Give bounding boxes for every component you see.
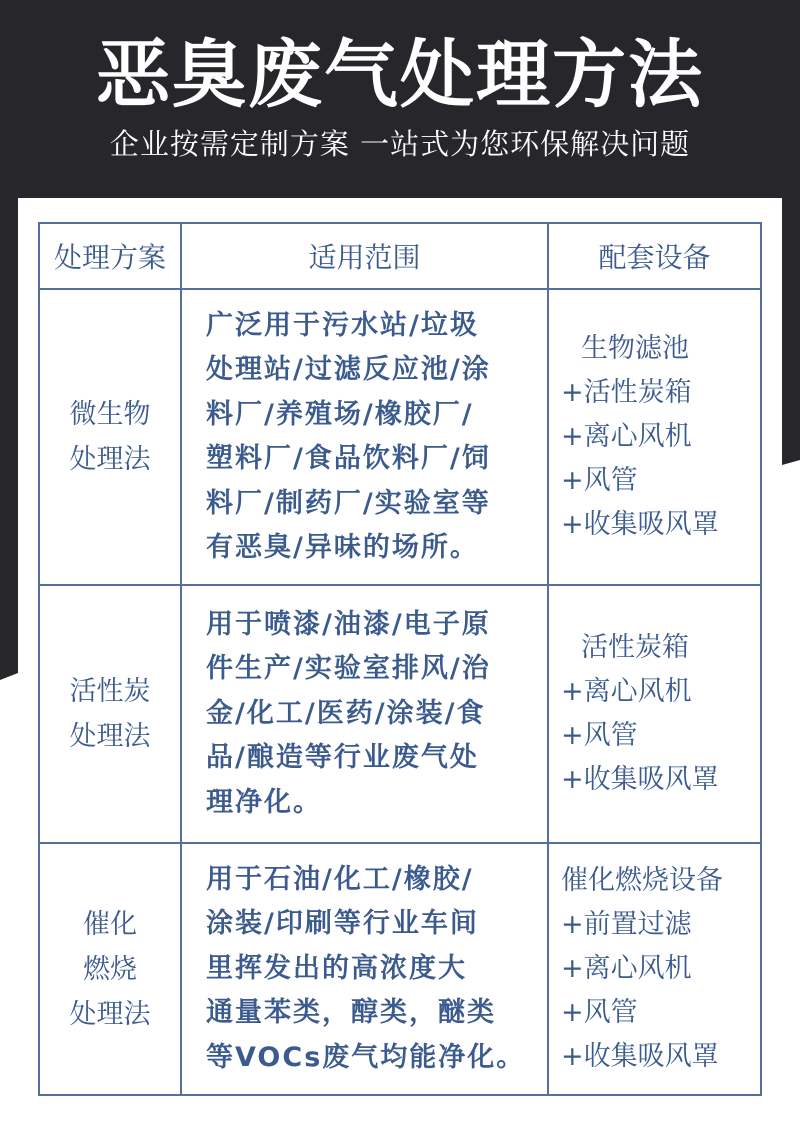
scope-line: 通量苯类，醇类，醚类 xyxy=(206,991,533,1036)
scope-line: 涂装/印刷等行业车间 xyxy=(206,902,533,947)
header-equipment: 配套设备 xyxy=(548,223,761,289)
method-line: 处理法 xyxy=(40,714,180,759)
scope-line: 等VOCs废气均能净化。 xyxy=(206,1036,533,1081)
scope-line: 件生产/实验室排风/治 xyxy=(206,647,533,692)
treatment-methods-table: 处理方案 适用范围 配套设备 微生物 处理法 广泛用于污水站/垃圾 处理站/过滤… xyxy=(38,222,762,1096)
equipment-line: 生物滤池 xyxy=(561,327,760,371)
scope-cell: 用于石油/化工/橡胶/ 涂装/印刷等行业车间 里挥发出的高浓度大 通量苯类，醇类… xyxy=(181,843,548,1095)
equipment-line: +风管 xyxy=(561,714,760,758)
equipment-line: +收集吸风罩 xyxy=(561,758,760,802)
equipment-line: +离心风机 xyxy=(561,947,760,991)
scope-cell: 广泛用于污水站/垃圾 处理站/过滤反应池/涂 料厂/养殖场/橡胶厂/ 塑料厂/食… xyxy=(181,289,548,585)
scope-line: 料厂/养殖场/橡胶厂/ xyxy=(206,393,533,438)
equipment-line: 催化燃烧设备 xyxy=(561,859,760,903)
table-header-row: 处理方案 适用范围 配套设备 xyxy=(39,223,761,289)
page-subtitle: 企业按需定制方案 一站式为您环保解决问题 xyxy=(0,124,800,164)
method-line: 处理法 xyxy=(40,437,180,482)
equipment-line: 活性炭箱 xyxy=(561,626,760,670)
scope-line: 广泛用于污水站/垃圾 xyxy=(206,304,533,349)
scope-line: 用于喷漆/油漆/电子原 xyxy=(206,603,533,648)
method-cell: 活性炭 处理法 xyxy=(39,585,181,843)
scope-line: 理净化。 xyxy=(206,781,533,826)
header-scope: 适用范围 xyxy=(181,223,548,289)
scope-line: 用于石油/化工/橡胶/ xyxy=(206,858,533,903)
equipment-line: +前置过滤 xyxy=(561,903,760,947)
page-title: 恶臭废气处理方法 xyxy=(0,30,800,120)
scope-cell: 用于喷漆/油漆/电子原 件生产/实验室排风/治 金/化工/医药/涂装/食 品/酿… xyxy=(181,585,548,843)
scope-line: 处理站/过滤反应池/涂 xyxy=(206,348,533,393)
method-line: 催化 xyxy=(40,902,180,947)
equipment-line: +收集吸风罩 xyxy=(561,1035,760,1079)
equipment-line: +活性炭箱 xyxy=(561,371,760,415)
table-row: 微生物 处理法 广泛用于污水站/垃圾 处理站/过滤反应池/涂 料厂/养殖场/橡胶… xyxy=(39,289,761,585)
scope-line: 有恶臭/异味的场所。 xyxy=(206,526,533,571)
method-line: 活性炭 xyxy=(40,669,180,714)
scope-line: 料厂/制药厂/实验室等 xyxy=(206,482,533,527)
method-cell: 微生物 处理法 xyxy=(39,289,181,585)
equipment-line: +离心风机 xyxy=(561,415,760,459)
scope-line: 金/化工/医药/涂装/食 xyxy=(206,692,533,737)
equipment-line: +风管 xyxy=(561,991,760,1035)
table-row: 活性炭 处理法 用于喷漆/油漆/电子原 件生产/实验室排风/治 金/化工/医药/… xyxy=(39,585,761,843)
equipment-cell: 催化燃烧设备 +前置过滤 +离心风机 +风管 +收集吸风罩 xyxy=(548,843,761,1095)
equipment-line: +风管 xyxy=(561,459,760,503)
equipment-line: +收集吸风罩 xyxy=(561,503,760,547)
method-line: 燃烧 xyxy=(40,947,180,992)
method-line: 微生物 xyxy=(40,392,180,437)
scope-line: 塑料厂/食品饮料厂/饲 xyxy=(206,437,533,482)
scope-line: 品/酿造等行业废气处 xyxy=(206,736,533,781)
header-method: 处理方案 xyxy=(39,223,181,289)
method-line: 处理法 xyxy=(40,992,180,1037)
equipment-cell: 活性炭箱 +离心风机 +风管 +收集吸风罩 xyxy=(548,585,761,843)
equipment-cell: 生物滤池 +活性炭箱 +离心风机 +风管 +收集吸风罩 xyxy=(548,289,761,585)
scope-line: 里挥发出的高浓度大 xyxy=(206,947,533,992)
table-row: 催化 燃烧 处理法 用于石油/化工/橡胶/ 涂装/印刷等行业车间 里挥发出的高浓… xyxy=(39,843,761,1095)
method-cell: 催化 燃烧 处理法 xyxy=(39,843,181,1095)
equipment-line: +离心风机 xyxy=(561,670,760,714)
